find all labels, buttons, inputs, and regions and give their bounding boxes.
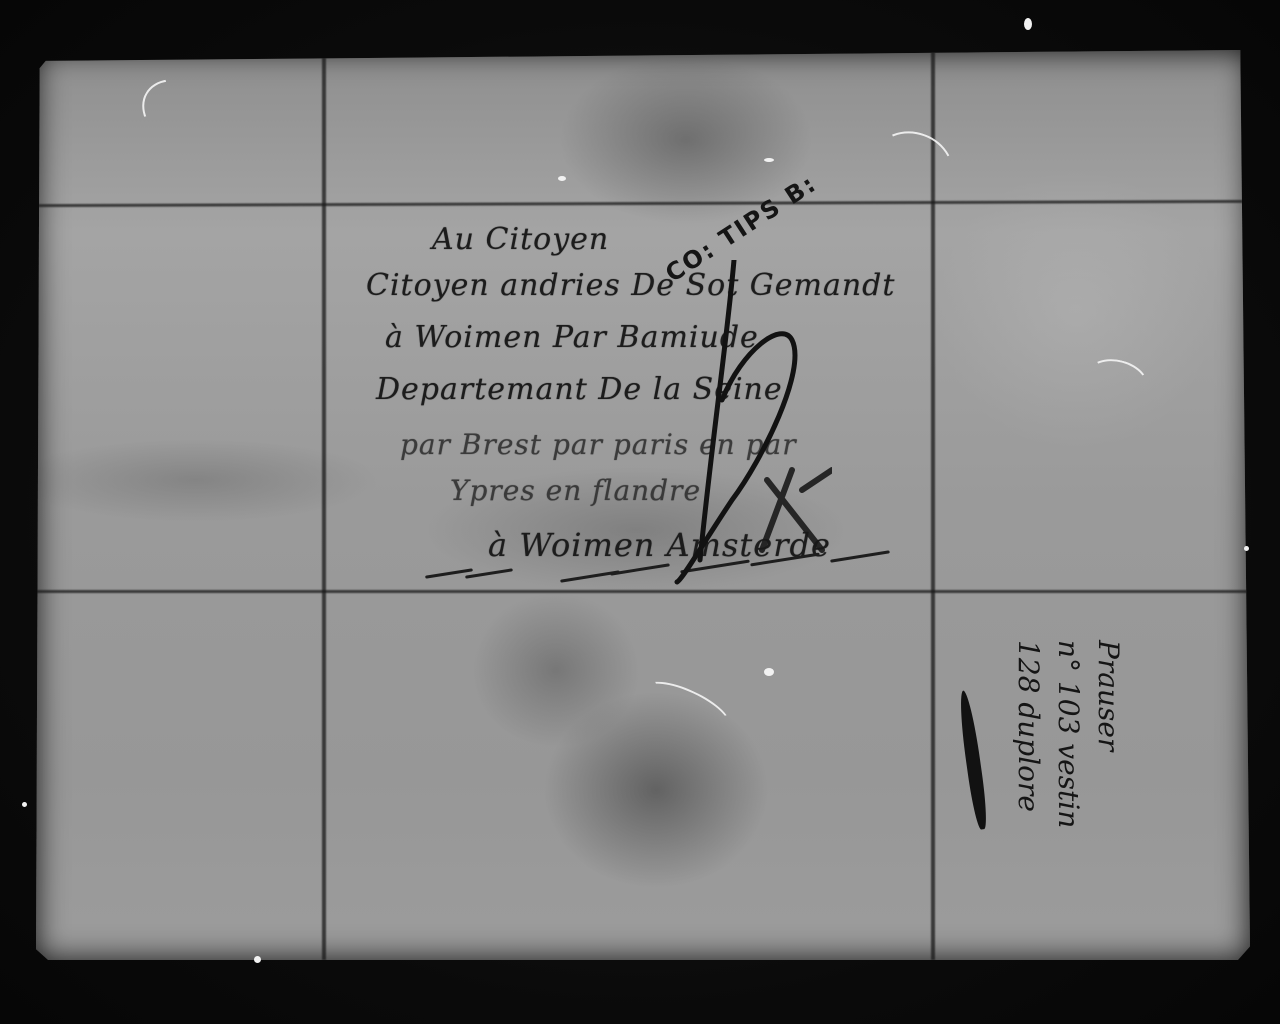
postage-due-mark xyxy=(672,260,832,590)
dust-speck xyxy=(254,956,261,963)
dust-speck xyxy=(764,668,774,676)
address-line-region: Ypres en flandre xyxy=(450,474,701,507)
dust-speck xyxy=(1024,18,1032,30)
dust-speck xyxy=(22,802,27,807)
fold-line-horizontal-bottom xyxy=(36,590,1250,593)
annotation-line-number: n° 103 vestin xyxy=(1048,640,1088,828)
dust-speck xyxy=(764,158,774,162)
fold-line-vertical-left xyxy=(322,50,326,960)
address-line-salutation: Au Citoyen xyxy=(432,222,609,257)
scan-background: Au Citoyen Citoyen andries De Sot Gemand… xyxy=(0,0,1280,1024)
annotation-line-name: Prauser xyxy=(1088,640,1128,828)
fold-line-horizontal-top xyxy=(36,200,1250,207)
dust-speck xyxy=(1244,546,1249,551)
archival-annotation: Prauser n° 103 vestin 128 duplore xyxy=(1008,640,1128,828)
dust-speck xyxy=(558,176,566,181)
annotation-line-reference: 128 duplore xyxy=(1008,640,1048,828)
